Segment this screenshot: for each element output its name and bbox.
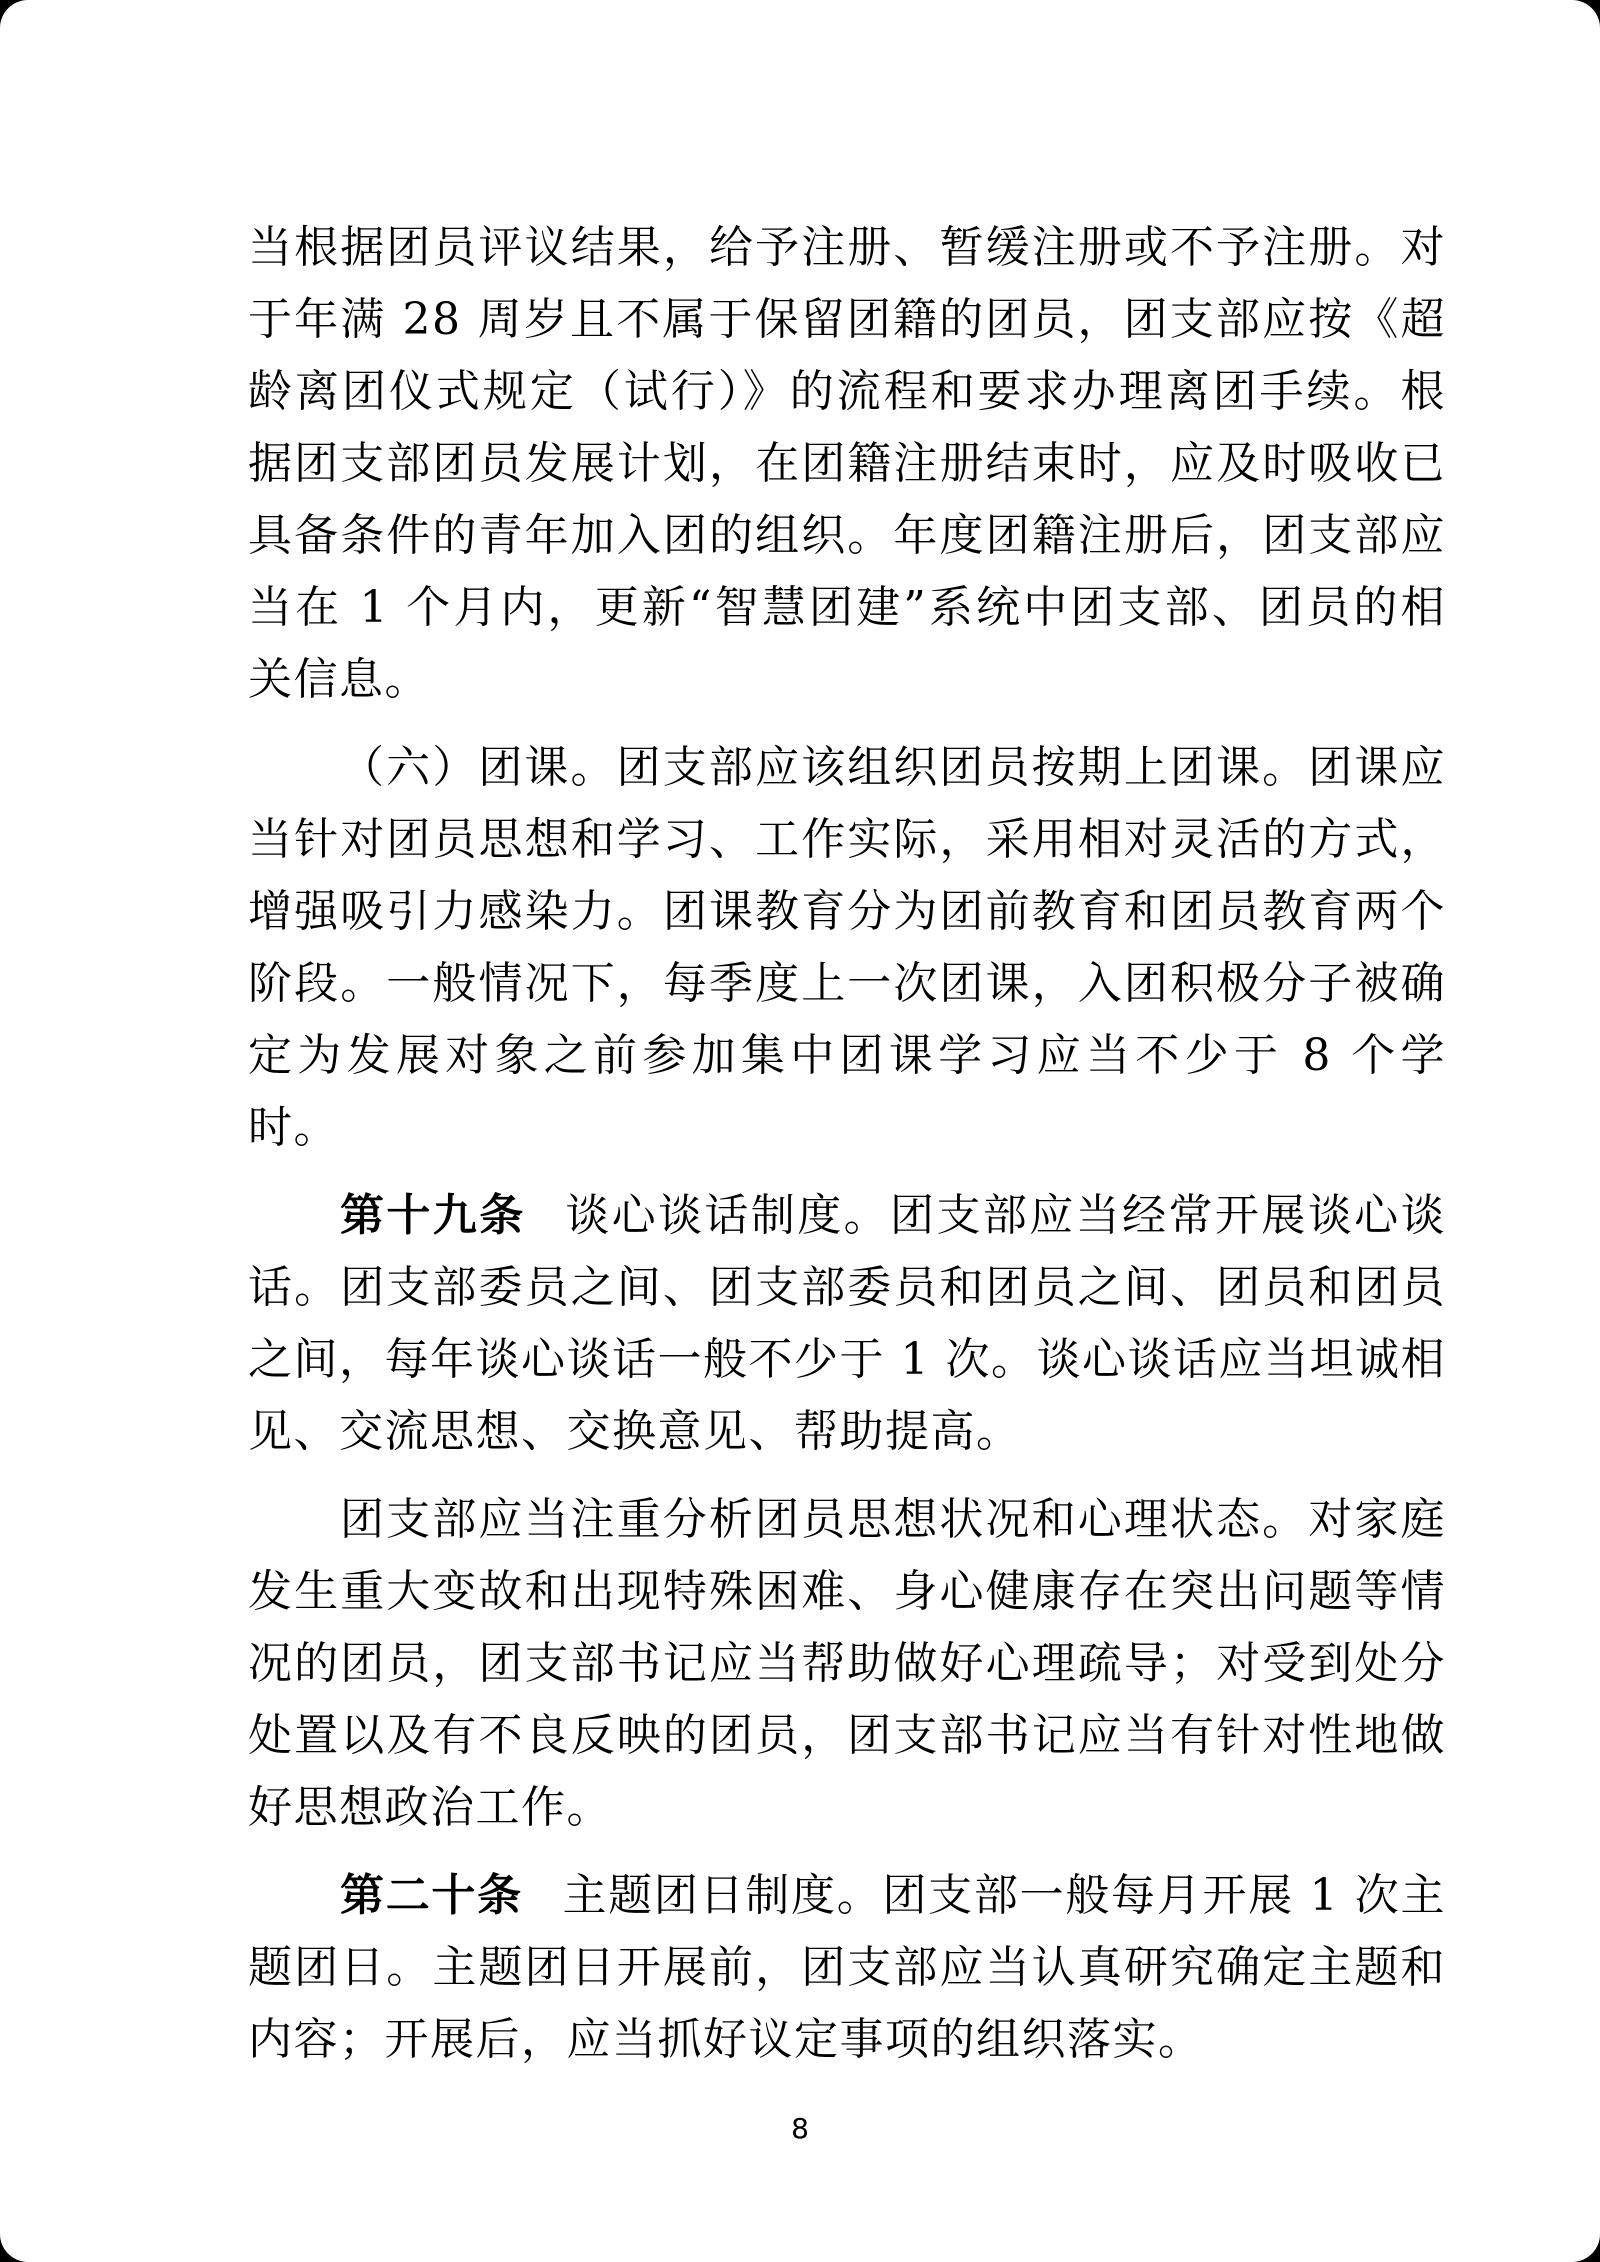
text-line: 据团支部团员发展计划，在团籍注册结束时，应及时吸收已 bbox=[248, 428, 1446, 500]
text-line: 龄离团仪式规定（试行）》的流程和要求办理离团手续。根 bbox=[248, 356, 1446, 428]
text-line-content: 当针对团员思想和学习、工作实际，采用相对灵活的方式， bbox=[248, 814, 1446, 865]
text-line-content: （六）团课。团支部应该组织团员按期上团课。团课应 bbox=[340, 742, 1446, 793]
text-line: 定为发展对象之前参加集中团课学习应当不少于 8 个学 bbox=[248, 1020, 1446, 1092]
text-line-content: 龄离团仪式规定（试行）》的流程和要求办理离团手续。根 bbox=[248, 366, 1446, 417]
text-line: 当针对团员思想和学习、工作实际，采用相对灵活的方式， bbox=[248, 804, 1446, 876]
text-line: 内容；开展后，应当抓好议定事项的组织落实。 bbox=[248, 2004, 1446, 2076]
text-line: 题团日。主题团日开展前，团支部应当认真研究确定主题和 bbox=[248, 1932, 1446, 2004]
text-line: 第二十条主题团日制度。团支部一般每月开展 1 次主 bbox=[248, 1860, 1446, 1932]
text-line-content: 题团日。主题团日开展前，团支部应当认真研究确定主题和 bbox=[248, 1942, 1446, 1993]
text-line: 话。团支部委员之间、团支部委员和团员之间、团员和团员 bbox=[248, 1252, 1446, 1324]
text-line: 于年满 28 周岁且不属于保留团籍的团员，团支部应按《超 bbox=[248, 284, 1446, 356]
text-line-content: 谈心谈话制度。团支部应当经常开展谈心谈 bbox=[565, 1190, 1446, 1241]
text-line-content: 阶段。一般情况下，每季度上一次团课，入团积极分子被确 bbox=[248, 958, 1446, 1009]
text-line-content: 团支部应当注重分析团员思想状况和心理状态。对家庭 bbox=[340, 1494, 1446, 1545]
text-line-content: 增强吸引力感染力。团课教育分为团前教育和团员教育两个 bbox=[248, 886, 1446, 937]
text-line: 具备条件的青年加入团的组织。年度团籍注册后，团支部应 bbox=[248, 500, 1446, 572]
text-line: 况的团员，团支部书记应当帮助做好心理疏导；对受到处分 bbox=[248, 1628, 1446, 1700]
text-line: 阶段。一般情况下，每季度上一次团课，入团积极分子被确 bbox=[248, 948, 1446, 1020]
text-line: 增强吸引力感染力。团课教育分为团前教育和团员教育两个 bbox=[248, 876, 1446, 948]
text-line-content: 定为发展对象之前参加集中团课学习应当不少于 8 个学 bbox=[248, 1030, 1446, 1081]
text-line-content: 主题团日制度。团支部一般每月开展 1 次主 bbox=[562, 1870, 1446, 1921]
text-line: 第十九条谈心谈话制度。团支部应当经常开展谈心谈 bbox=[248, 1180, 1446, 1252]
text-line: 当根据团员评议结果，给予注册、暂缓注册或不予注册。对 bbox=[248, 212, 1446, 284]
text-line: 团支部应当注重分析团员思想状况和心理状态。对家庭 bbox=[248, 1484, 1446, 1556]
text-line-content: 况的团员，团支部书记应当帮助做好心理疏导；对受到处分 bbox=[248, 1638, 1446, 1689]
article-number: 第二十条 bbox=[340, 1870, 523, 1921]
text-line: 当在 1 个月内，更新“智慧团建”系统中团支部、团员的相 bbox=[248, 572, 1446, 644]
document-body: 当根据团员评议结果，给予注册、暂缓注册或不予注册。对于年满 28 周岁且不属于保… bbox=[248, 212, 1446, 2076]
text-line: （六）团课。团支部应该组织团员按期上团课。团课应 bbox=[248, 732, 1446, 804]
text-line-content: 处置以及有不良反映的团员，团支部书记应当有针对性地做 bbox=[248, 1710, 1446, 1761]
text-line-content: 时。 bbox=[248, 1102, 339, 1153]
text-line-content: 见、交流思想、交换意见、帮助提高。 bbox=[248, 1406, 1022, 1457]
text-line-content: 具备条件的青年加入团的组织。年度团籍注册后，团支部应 bbox=[248, 510, 1446, 561]
text-line-content: 当在 1 个月内，更新“智慧团建”系统中团支部、团员的相 bbox=[248, 582, 1446, 633]
text-line-content: 之间，每年谈心谈话一般不少于 1 次。谈心谈话应当坦诚相 bbox=[248, 1334, 1446, 1385]
document-page: 当根据团员评议结果，给予注册、暂缓注册或不予注册。对于年满 28 周岁且不属于保… bbox=[0, 0, 1600, 2262]
text-line: 发生重大变故和出现特殊困难、身心健康存在突出问题等情 bbox=[248, 1556, 1446, 1628]
text-line-content: 发生重大变故和出现特殊困难、身心健康存在突出问题等情 bbox=[248, 1566, 1446, 1617]
text-line: 关信息。 bbox=[248, 644, 1446, 716]
text-line-content: 当根据团员评议结果，给予注册、暂缓注册或不予注册。对 bbox=[248, 222, 1446, 273]
text-line: 之间，每年谈心谈话一般不少于 1 次。谈心谈话应当坦诚相 bbox=[248, 1324, 1446, 1396]
text-line: 见、交流思想、交换意见、帮助提高。 bbox=[248, 1396, 1446, 1468]
text-line: 时。 bbox=[248, 1092, 1446, 1164]
text-line-content: 据团支部团员发展计划，在团籍注册结束时，应及时吸收已 bbox=[248, 438, 1446, 489]
text-line: 处置以及有不良反映的团员，团支部书记应当有针对性地做 bbox=[248, 1700, 1446, 1772]
text-line-content: 关信息。 bbox=[248, 654, 430, 705]
page-number: 8 bbox=[0, 2112, 1600, 2145]
text-line-content: 内容；开展后，应当抓好议定事项的组织落实。 bbox=[248, 2014, 1204, 2065]
text-line: 好思想政治工作。 bbox=[248, 1772, 1446, 1844]
article-number: 第十九条 bbox=[340, 1190, 526, 1241]
text-line-content: 于年满 28 周岁且不属于保留团籍的团员，团支部应按《超 bbox=[248, 294, 1446, 345]
text-line-content: 好思想政治工作。 bbox=[248, 1782, 612, 1833]
text-line-content: 话。团支部委员之间、团支部委员和团员之间、团员和团员 bbox=[248, 1262, 1446, 1313]
